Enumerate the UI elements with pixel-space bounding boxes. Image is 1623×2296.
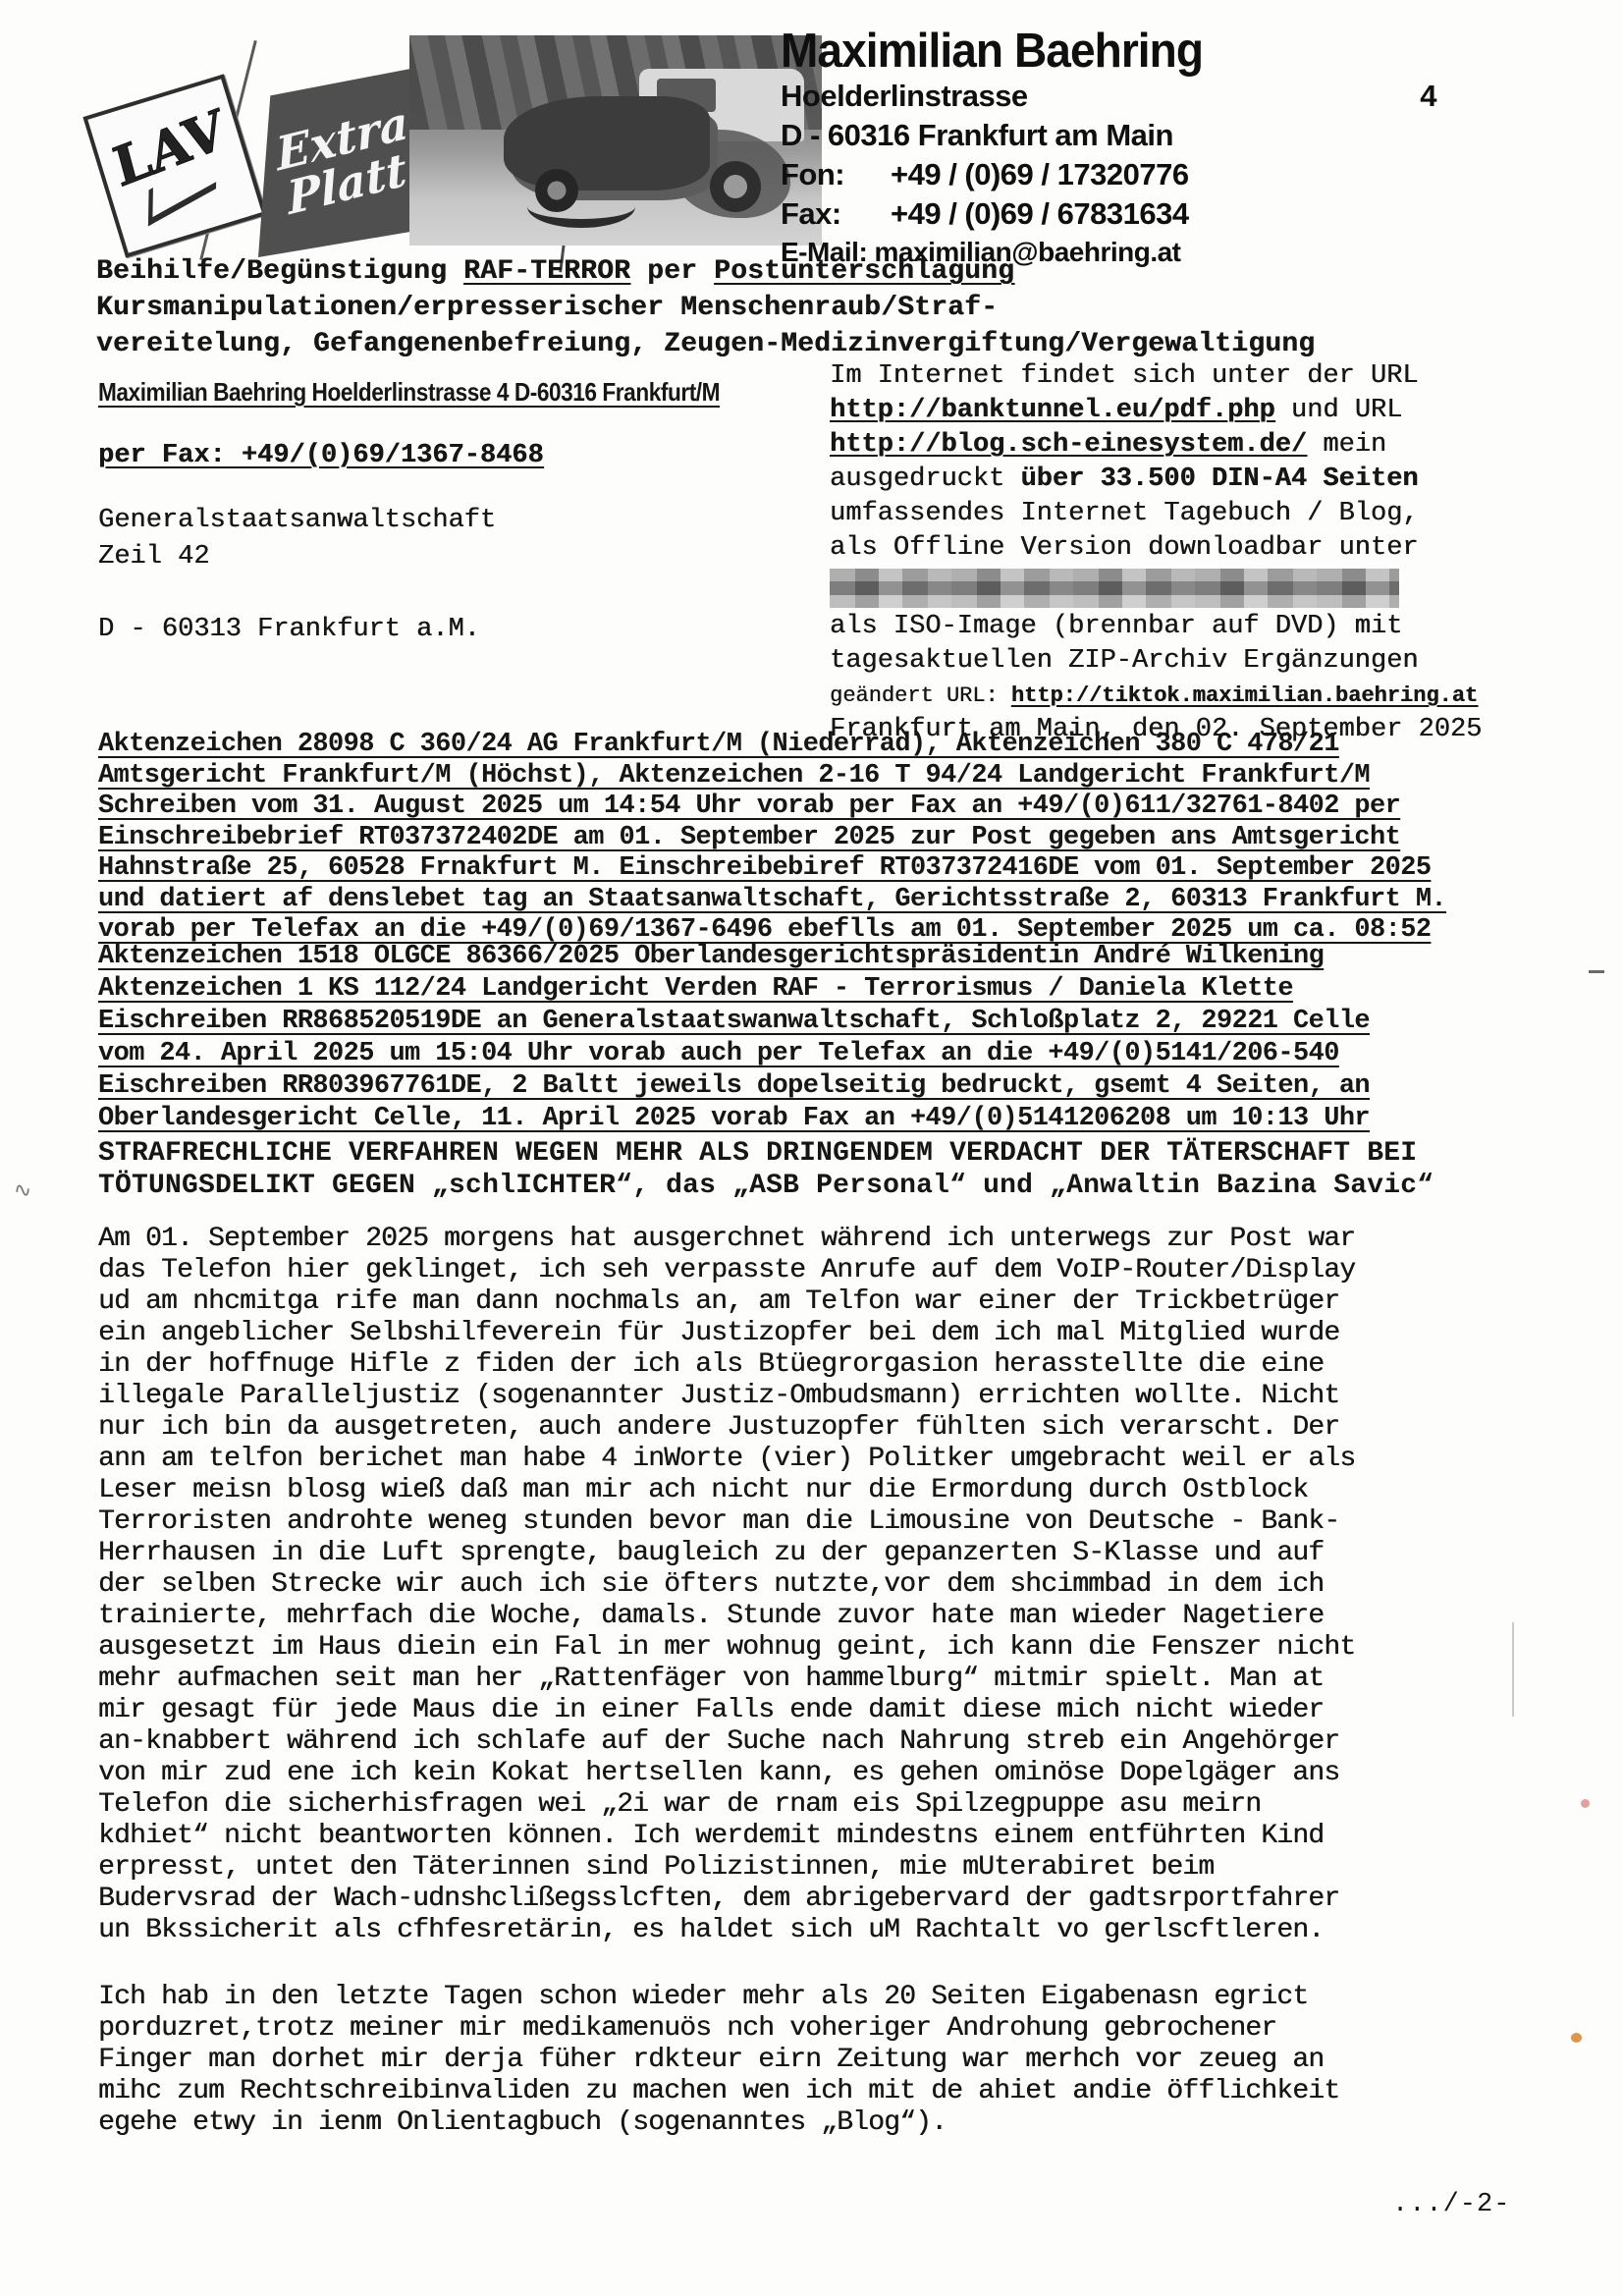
sender-street: Hoelderlinstrasse: [781, 77, 1028, 116]
rcol-line-3: http://blog.sch-einesystem.de/ mein: [830, 428, 1497, 463]
case-reference-block-1: Aktenzeichen 28098 C 360/24 AG Frankfurt…: [98, 730, 1446, 947]
case1-line: und datiert af denslebet tag an Staatsan…: [98, 885, 1446, 916]
case1-line: Aktenzeichen 28098 C 360/24 AG Frankfurt…: [98, 730, 1446, 761]
case2-line: Eischreiben RR868520519DE an Generalstaa…: [98, 1006, 1370, 1038]
photo-wrecked-car: [504, 96, 710, 191]
subject-line-1: Beihilfe/Begünstigung RAF-TERROR per Pos…: [96, 253, 1315, 290]
page-count-bold: über 33.500 DIN-A4 Seiten: [1020, 465, 1418, 494]
extra-platt-banner-text: Extra Platt: [274, 99, 414, 223]
rcol-line-1: Im Internet findet sich unter der URL: [830, 359, 1497, 394]
subject-raf-terror: RAF-TERROR: [463, 256, 630, 287]
per-fax-line: per Fax: +49/(0)69/1367-8468: [98, 441, 544, 470]
case2-line: Eischreiben RR803967761DE, 2 Baltt jewei…: [98, 1070, 1370, 1103]
sender-fon-row: Fon: +49 / (0)69 / 17320776: [781, 155, 1436, 194]
sender-return-address-line: Maximilian Baehring Hoelderlinstrasse 4 …: [98, 377, 720, 408]
rcol-line-10: geändert URL: http://tiktok.maximilian.b…: [830, 679, 1497, 713]
right-info-column: Im Internet findet sich unter der URL ht…: [830, 359, 1497, 747]
case1-line: Hahnstraße 25, 60528 Frnakfurt M. Einsch…: [98, 853, 1446, 885]
sender-street-row: Hoelderlinstrasse 4: [781, 77, 1436, 116]
banktunnel-url: http://banktunnel.eu/pdf.php: [830, 396, 1275, 425]
case2-line: Aktenzeichen 1 KS 112/24 Landgericht Ver…: [98, 973, 1370, 1006]
orange-dot-artifact: [1571, 2033, 1582, 2043]
case1-line: Amtsgericht Frankfurt/M (Höchst), Aktenz…: [98, 761, 1446, 793]
pink-dot-artifact: [1581, 1799, 1590, 1808]
body-paragraph-1: Am 01. September 2025 morgens hat ausger…: [98, 1224, 1355, 1946]
redacted-pixelated-bar: [830, 569, 1399, 608]
masthead-collage: LAV Extra Platt: [83, 27, 839, 251]
margin-scribble-artifact: ∿: [12, 1177, 33, 1205]
photo-skid-mark: [527, 186, 635, 228]
photo-wheel-right: [710, 161, 761, 212]
rcol-line-8: als ISO-Image (brennbar auf DVD) mit: [830, 610, 1497, 644]
rcol-line-6: als Offline Version downloadbar unter: [830, 531, 1497, 566]
subject-line-2: Kursmanipulationen/erpresserischer Mensc…: [96, 290, 1315, 326]
rcol-line-4: ausgedruckt über 33.500 DIN-A4 Seiten: [830, 463, 1497, 497]
case-reference-block-2: Aktenzeichen 1518 OLGCE 86366/2025 Oberl…: [98, 941, 1370, 1135]
rcol-line-5: umfassendes Internet Tagebuch / Blog,: [830, 497, 1497, 531]
tiktok-url: http://tiktok.maximilian.baehring.at: [1011, 683, 1478, 708]
fon-value: +49 / (0)69 / 17320776: [891, 155, 1189, 194]
subject-line-3: vereitelung, Gefangenenbefreiung, Zeugen…: [96, 326, 1315, 362]
subject-block: Beihilfe/Begünstigung RAF-TERROR per Pos…: [96, 253, 1315, 362]
sender-name: Maximilian Baehring: [781, 26, 1397, 77]
rcol-line-2: http://banktunnel.eu/pdf.php und URL: [830, 394, 1497, 428]
subject-postunterschlagung: Postunterschlagung: [714, 256, 1014, 287]
extra-platt-banner: Extra Platt: [258, 65, 431, 257]
sender-city: D - 60316 Frankfurt am Main: [781, 116, 1436, 155]
case2-line: Oberlandesgericht Celle, 11. April 2025 …: [98, 1103, 1370, 1135]
blog-url: http://blog.sch-einesystem.de/: [830, 430, 1307, 460]
fax-value: +49 / (0)69 / 67831634: [891, 194, 1189, 234]
faint-scan-line-artifact: [1512, 1622, 1514, 1717]
page-continuation-mark: .../-2-: [1392, 2190, 1510, 2219]
sender-contact-block: Maximilian Baehring Hoelderlinstrasse 4 …: [781, 26, 1436, 271]
car-wreck-photo: [409, 35, 822, 246]
case1-line: Einschreibebrief RT037372402DE am 01. Se…: [98, 823, 1446, 854]
sender-street-number: 4: [1420, 77, 1436, 116]
recipient-address: Generalstaatsanwaltschaft Zeil 42 D - 60…: [98, 503, 496, 648]
margin-dash-artifact: [1589, 970, 1604, 973]
case1-line: Schreiben vom 31. August 2025 um 14:54 U…: [98, 792, 1446, 823]
case2-line: vom 24. April 2025 um 15:04 Uhr vorab au…: [98, 1038, 1370, 1070]
fon-label: Fon:: [781, 155, 891, 194]
fax-label: Fax:: [781, 194, 891, 234]
accusation-heading: STRAFRECHLICHE VERFAHREN WEGEN MEHR ALS …: [98, 1137, 1434, 1202]
rcol-line-9: tagesaktuellen ZIP-Archiv Ergänzungen: [830, 644, 1497, 679]
case2-line: Aktenzeichen 1518 OLGCE 86366/2025 Oberl…: [98, 941, 1370, 973]
scanned-letter-page: LAV Extra Platt Maximilian Baehring Hoel…: [0, 0, 1623, 2296]
body-paragraph-2: Ich hab in den letzte Tagen schon wieder…: [98, 1982, 1339, 2139]
sender-fax-row: Fax: +49 / (0)69 / 67831634: [781, 194, 1436, 234]
